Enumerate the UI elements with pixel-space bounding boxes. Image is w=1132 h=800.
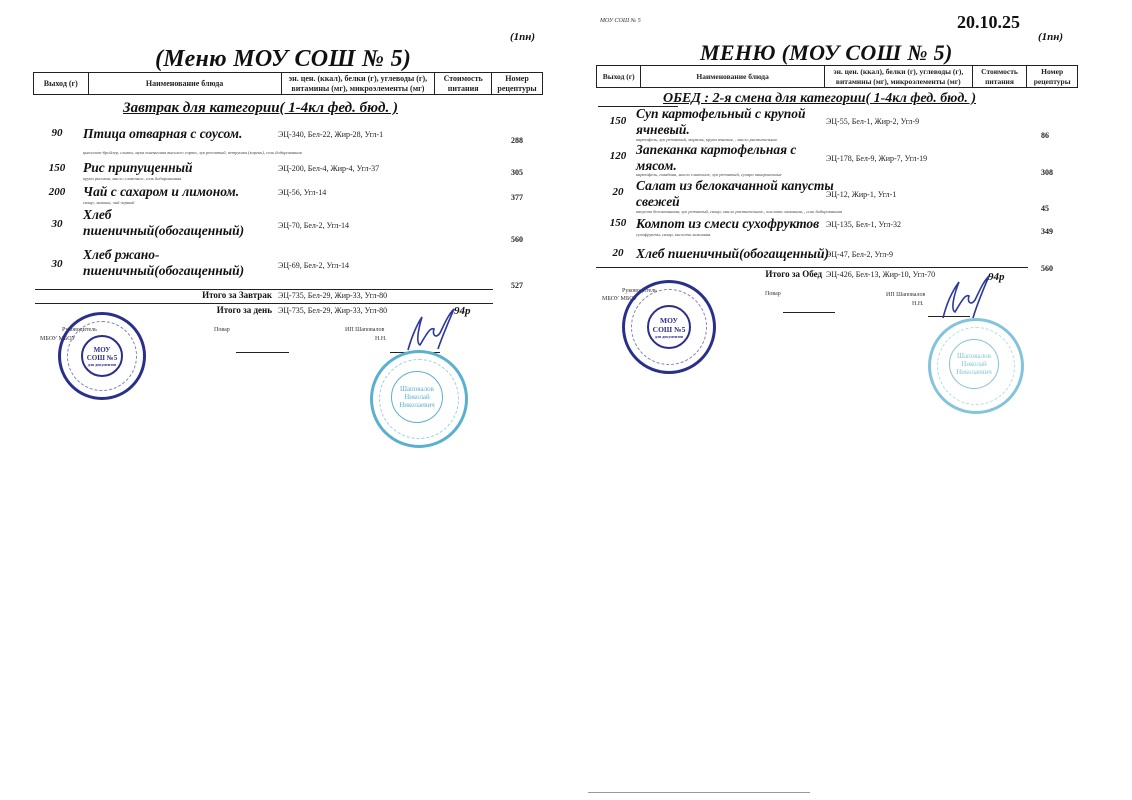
cook-label: Повар [214,327,230,333]
item-yield: 30 [37,218,77,230]
cook-label: Повар [765,291,781,297]
item-name: Суп картофельный с крупой [636,106,805,121]
ip-stamp: Шаповалов Николай Николаевич [370,350,468,448]
item-recipe-number: 288 [511,136,523,145]
item-nutrition: ЭЦ-70, Бел-2, Угл-14 [278,221,349,230]
item-name: Салат из белокачанной капусты [636,178,834,193]
col-recipe: Номеррецептуры [1027,66,1078,88]
total-day-value: ЭЦ-735, Бел-29, Жир-33, Угл-80 [278,306,387,315]
item-recipe-number: 560 [1041,264,1053,273]
item-nutrition: ЭЦ-178, Бел-9, Жир-7, Угл-19 [826,154,927,163]
page-title: (Меню МОУ СОШ № 5) [155,46,411,73]
item-nutrition: ЭЦ-12, Жир-1, Угл-1 [826,190,896,199]
small-header: МОУ СОШ № 5 [600,18,641,24]
item-nutrition: ЭЦ-69, Бел-2, Угл-14 [278,261,349,270]
item-name: Хлеб ржано- [83,247,159,262]
total-day-label: Итого за день [150,305,272,315]
col-recipe: Номеррецептуры [492,73,543,95]
col-dish: Наименование блюда [641,66,824,88]
item-yield: 120 [598,150,638,162]
item-name-cont: ячневый. [636,122,690,137]
breakfast-menu-page: (1пн) (Меню МОУ СОШ № 5) Выход (г) Наиме… [0,0,560,800]
item-name: Компот из смеси сухофруктов [636,216,819,231]
item-yield: 150 [598,115,638,127]
item-nutrition: ЭЦ-47, Бел-2, Угл-9 [826,250,893,259]
supplier-label: ИП Шаповалов [886,292,925,298]
item-ingredients: капуста белокачанная, лук репчатый, саха… [636,209,842,214]
item-yield: 150 [37,162,77,174]
item-nutrition: ЭЦ-200, Бел-4, Жир-4, Угл-37 [278,164,379,173]
item-name-cont: пшеничный(обогащенный) [83,263,244,278]
item-yield: 20 [598,186,638,198]
col-nutrition: эн. цен. (ккал), белки (г), углеводы (г)… [824,66,972,88]
item-name: Запеканка картофельная с [636,142,796,157]
cook-signature-line [236,352,289,353]
item-yield: 20 [598,247,638,259]
item-ingredients: крупа рисовая, масло сливочное, соль йод… [83,176,181,181]
col-cost: Стоимостьпитания [435,73,492,95]
item-yield: 90 [37,127,77,139]
item-name: Чай с сахаром и лимоном. [83,184,239,199]
item-yield: 200 [37,186,77,198]
school-stamp: МОУ СОШ №5 для документов [58,312,146,400]
item-nutrition: ЭЦ-340, Бел-22, Жир-28, Угл-1 [278,130,383,139]
item-recipe-number: 560 [511,235,523,244]
total-breakfast-value: ЭЦ-735, Бел-29, Жир-33, Угл-80 [278,291,387,300]
supplier-label: ИП Шаповалов [345,327,384,333]
item-ingredients: картофель, говядина, масло сливочное, лу… [636,172,782,177]
item-recipe-number: 377 [511,193,523,202]
section-title: Завтрак для категории( 1-4кл фед. бюд. ) [123,100,398,117]
item-yield: 150 [598,217,638,229]
item-yield: 30 [37,258,77,270]
section-title: ОБЕД : 2-я смена для категории( 1-4кл фе… [663,91,976,107]
item-recipe-number: 527 [511,281,523,290]
ip-stamp: Шаповалов Николай Николаевич [928,318,1024,414]
total-breakfast-label: Итого за Завтрак [150,290,272,300]
item-ingredients: сухофрукты, сахар, кислота лимонная. [636,232,711,237]
item-name: Птица отварная с соусом. [83,126,242,141]
item-name-cont: мясом. [636,158,677,173]
item-name: Хлеб пшеничный(обогащенный) [636,246,829,261]
signature-icon [935,272,995,322]
total-lunch-value: ЭЦ-426, Бел-13, Жир-10, Угл-70 [826,270,935,279]
divider [35,303,493,304]
total-lunch-label: Итого за Обед [710,269,822,279]
signature-icon [400,305,460,355]
col-nutrition: эн. цен. (ккал), белки (г), углеводы (г)… [281,73,435,95]
item-recipe-number: 305 [511,168,523,177]
item-nutrition: ЭЦ-55, Бел-1, Жир-2, Угл-9 [826,117,919,126]
col-yield: Выход (г) [597,66,641,88]
item-recipe-number: 308 [1041,168,1053,177]
supplier-initials: Н.Н. [375,336,387,342]
item-ingredients: цыпленок-бройлер, сливки, мука пшеничная… [83,150,302,155]
col-cost: Стоимостьпитания [972,66,1027,88]
page-title: МЕНЮ (МОУ СОШ № 5) [700,40,953,66]
item-name: Рис припущенный [83,160,193,175]
divider [596,267,1028,268]
menu-date: 20.10.25 [957,12,1020,33]
item-nutrition: ЭЦ-135, Бел-1, Угл-32 [826,220,901,229]
supplier-initials: Н.Н. [912,301,924,307]
page-edge-line [588,792,810,793]
sheet-code: (1пн) [1038,31,1063,43]
menu-table-header: Выход (г) Наименование блюда эн. цен. (к… [596,65,1078,88]
cook-signature-line [783,312,835,313]
item-name-cont: пшеничный(обогащенный) [83,223,244,238]
lunch-menu-page: МОУ СОШ № 5 20.10.25 (1пн) МЕНЮ (МОУ СОШ… [560,0,1132,800]
school-stamp: МОУ СОШ №5 для документов [622,280,716,374]
menu-table-header: Выход (г) Наименование блюда эн. цен. (к… [33,72,543,95]
item-name: Хлеб [83,207,111,222]
sheet-code: (1пн) [510,31,535,43]
item-recipe-number: 45 [1041,204,1049,213]
item-recipe-number: 349 [1041,227,1053,236]
item-nutrition: ЭЦ-56, Угл-14 [278,188,326,197]
col-dish: Наименование блюда [88,73,281,95]
item-name-cont: свежей [636,194,680,209]
item-recipe-number: 86 [1041,131,1049,140]
col-yield: Выход (г) [34,73,89,95]
item-ingredients: сахар, лимоны, чай черный [83,200,134,205]
